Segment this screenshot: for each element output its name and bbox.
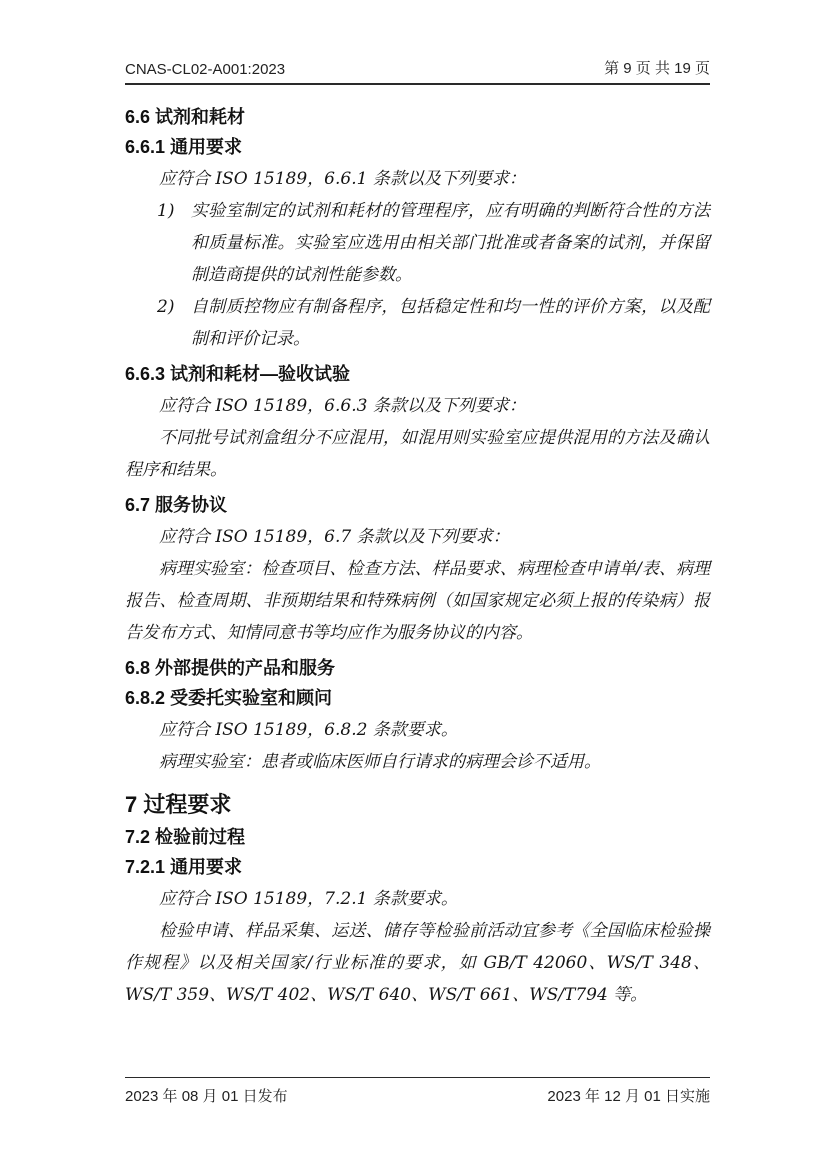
page-header: CNAS-CL02-A001:2023 第 9 页 共 19 页 bbox=[125, 57, 710, 85]
page-number-label: 第 9 页 共 19 页 bbox=[604, 57, 710, 78]
issue-date-label: 2023 年 08 月 01 日发布 bbox=[125, 1085, 288, 1106]
document-code: CNAS-CL02-A001:2023 bbox=[125, 61, 285, 78]
section-heading-6-8: 6.8 外部提供的产品和服务 bbox=[125, 658, 710, 679]
paragraph: 应符合 ISO 15189，7.2.1 条款要求。 bbox=[125, 883, 710, 915]
paragraph: 应符合 ISO 15189，6.8.2 条款要求。 bbox=[125, 714, 710, 746]
paragraph: 检验申请、样品采集、运送、储存等检验前活动宜参考《全国临床检验操作规程》以及相关… bbox=[125, 915, 710, 1011]
subsection-heading-6-6-1: 6.6.1 通用要求 bbox=[125, 137, 710, 158]
section-heading-6-7: 6.7 服务协议 bbox=[125, 495, 710, 516]
paragraph: 应符合 ISO 15189，6.6.1 条款以及下列要求： bbox=[125, 163, 710, 195]
paragraph: 不同批号试剂盒组分不应混用，如混用则实验室应提供混用的方法及确认程序和结果。 bbox=[125, 422, 710, 486]
section-heading-6-6: 6.6 试剂和耗材 bbox=[125, 107, 710, 128]
page-footer: 2023 年 08 月 01 日发布 2023 年 12 月 01 日实施 bbox=[125, 1077, 710, 1106]
list-item-marker: 2) bbox=[157, 291, 174, 323]
chapter-heading-7: 7 过程要求 bbox=[125, 791, 710, 818]
list-item: 1) 实验室制定的试剂和耗材的管理程序，应有明确的判断符合性的方法和质量标准。实… bbox=[125, 195, 710, 291]
list-item-marker: 1) bbox=[157, 195, 174, 227]
list-item: 2) 自制质控物应有制备程序，包括稳定性和均一性的评价方案，以及配制和评价记录。 bbox=[125, 291, 710, 355]
list-item-text: 实验室制定的试剂和耗材的管理程序，应有明确的判断符合性的方法和质量标准。实验室应… bbox=[191, 201, 710, 285]
document-body: 6.6 试剂和耗材 6.6.1 通用要求 应符合 ISO 15189，6.6.1… bbox=[125, 103, 710, 1011]
effective-date-label: 2023 年 12 月 01 日实施 bbox=[547, 1085, 710, 1106]
section-heading-7-2: 7.2 检验前过程 bbox=[125, 827, 710, 848]
subsection-heading-6-6-3: 6.6.3 试剂和耗材—验收试验 bbox=[125, 364, 710, 385]
document-page: CNAS-CL02-A001:2023 第 9 页 共 19 页 6.6 试剂和… bbox=[0, 0, 827, 1170]
paragraph: 病理实验室：检查项目、检查方法、样品要求、病理检查申请单/表、病理报告、检查周期… bbox=[125, 553, 710, 649]
subsection-heading-6-8-2: 6.8.2 受委托实验室和顾问 bbox=[125, 688, 710, 709]
list-item-text: 自制质控物应有制备程序，包括稳定性和均一性的评价方案，以及配制和评价记录。 bbox=[191, 297, 710, 349]
paragraph: 应符合 ISO 15189，6.6.3 条款以及下列要求： bbox=[125, 390, 710, 422]
subsection-heading-7-2-1: 7.2.1 通用要求 bbox=[125, 857, 710, 878]
paragraph: 病理实验室：患者或临床医师自行请求的病理会诊不适用。 bbox=[125, 746, 710, 778]
paragraph: 应符合 ISO 15189，6.7 条款以及下列要求： bbox=[125, 521, 710, 553]
